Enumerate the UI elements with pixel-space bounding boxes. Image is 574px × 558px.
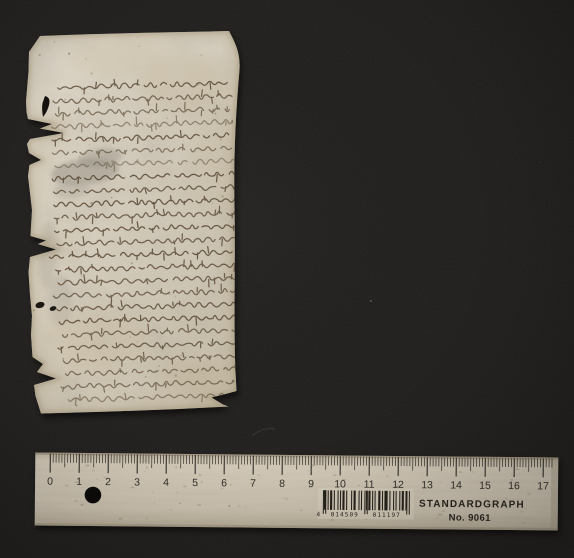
bar <box>342 490 344 510</box>
foxing-speck <box>175 296 176 297</box>
foxing-speck <box>139 46 140 47</box>
bar <box>346 490 347 510</box>
foxing-speck <box>85 58 86 59</box>
ruler-hole <box>85 487 102 504</box>
foxing-speck <box>39 54 41 56</box>
foxing-speck <box>62 358 64 360</box>
ruler-cm-label: 15 <box>479 480 491 492</box>
bar <box>402 491 404 511</box>
ruler-cm-label: 3 <box>134 476 140 488</box>
bar <box>334 490 335 510</box>
bar <box>353 491 355 511</box>
ruler-right-shade <box>551 457 559 530</box>
foxing-speck <box>170 263 171 264</box>
stain <box>80 192 220 308</box>
foxing-speck <box>64 99 66 101</box>
foxing-speck <box>221 195 224 198</box>
ruler-cm-label: 5 <box>192 477 198 489</box>
foxing-speck <box>111 197 113 199</box>
bar <box>330 490 332 510</box>
barcode-digits-group1: 014509 <box>331 511 359 518</box>
bar <box>382 491 383 511</box>
barcode: 4 014509 011197 <box>317 488 415 520</box>
bar <box>351 491 352 511</box>
ruler-cm-label: 2 <box>105 476 111 488</box>
photo-stage: 01234567891011121314151617 4 014509 0111… <box>0 0 574 558</box>
bar <box>337 490 338 510</box>
bar <box>374 491 375 511</box>
ruler: 01234567891011121314151617 4 014509 0111… <box>35 452 561 534</box>
foxing-speck <box>190 372 191 373</box>
manuscript-fragment <box>20 25 250 420</box>
ruler-cm-label: 17 <box>537 480 549 492</box>
ruler-cm-label: 13 <box>421 479 433 491</box>
foxing-speck <box>180 354 182 356</box>
ruler-cm-label: 14 <box>450 479 462 491</box>
foxing-speck <box>89 145 90 146</box>
ruler-cm-label: 4 <box>163 477 169 489</box>
foxing-speck <box>131 262 133 264</box>
photograph: 01234567891011121314151617 4 014509 0111… <box>0 0 574 558</box>
ruler-cm-label: 1 <box>76 476 82 488</box>
wood-pore <box>95 478 97 480</box>
stain <box>70 40 170 76</box>
foxing-speck <box>79 156 80 157</box>
wood-pore <box>228 505 230 507</box>
ruler-cm-label: 16 <box>508 480 520 492</box>
bar <box>389 491 390 511</box>
foxing-speck <box>167 118 168 119</box>
bar <box>393 491 394 511</box>
foxing-speck <box>158 365 160 367</box>
bar <box>395 491 396 511</box>
foxing-speck <box>130 336 132 338</box>
ruler-cm-label: 6 <box>221 477 227 489</box>
bar <box>372 491 373 511</box>
foxing-speck <box>68 53 70 55</box>
wood-pore <box>201 481 203 483</box>
bar <box>368 491 370 511</box>
bar <box>361 491 362 511</box>
foxing-speck <box>91 72 93 74</box>
foxing-speck <box>214 113 216 115</box>
foxing-speck <box>81 276 82 277</box>
foxing-speck <box>175 374 178 377</box>
ruler-cm-label: 7 <box>250 478 256 490</box>
bar <box>378 491 380 511</box>
foxing-speck <box>200 54 202 56</box>
brand-label: STANDARDGRAPH <box>419 499 525 511</box>
bar <box>340 490 341 510</box>
ruler-cm-label: 0 <box>47 476 53 488</box>
foxing-speck <box>155 370 156 371</box>
ruler-cm-label: 8 <box>279 478 285 490</box>
barcode-digits-group2: 011197 <box>373 512 401 519</box>
bar <box>328 490 329 510</box>
foxing-speck <box>212 203 213 204</box>
foxing-speck <box>64 279 66 281</box>
ruler-cm-label: 9 <box>308 478 314 490</box>
model-label: No. 9061 <box>449 512 492 523</box>
foxing-speck <box>137 341 138 342</box>
bar <box>358 491 359 511</box>
foxing-speck <box>220 138 222 140</box>
foxing-speck <box>145 376 147 378</box>
bar <box>384 491 387 511</box>
bar <box>399 491 400 511</box>
barcode-left-digit: 4 <box>317 511 322 518</box>
